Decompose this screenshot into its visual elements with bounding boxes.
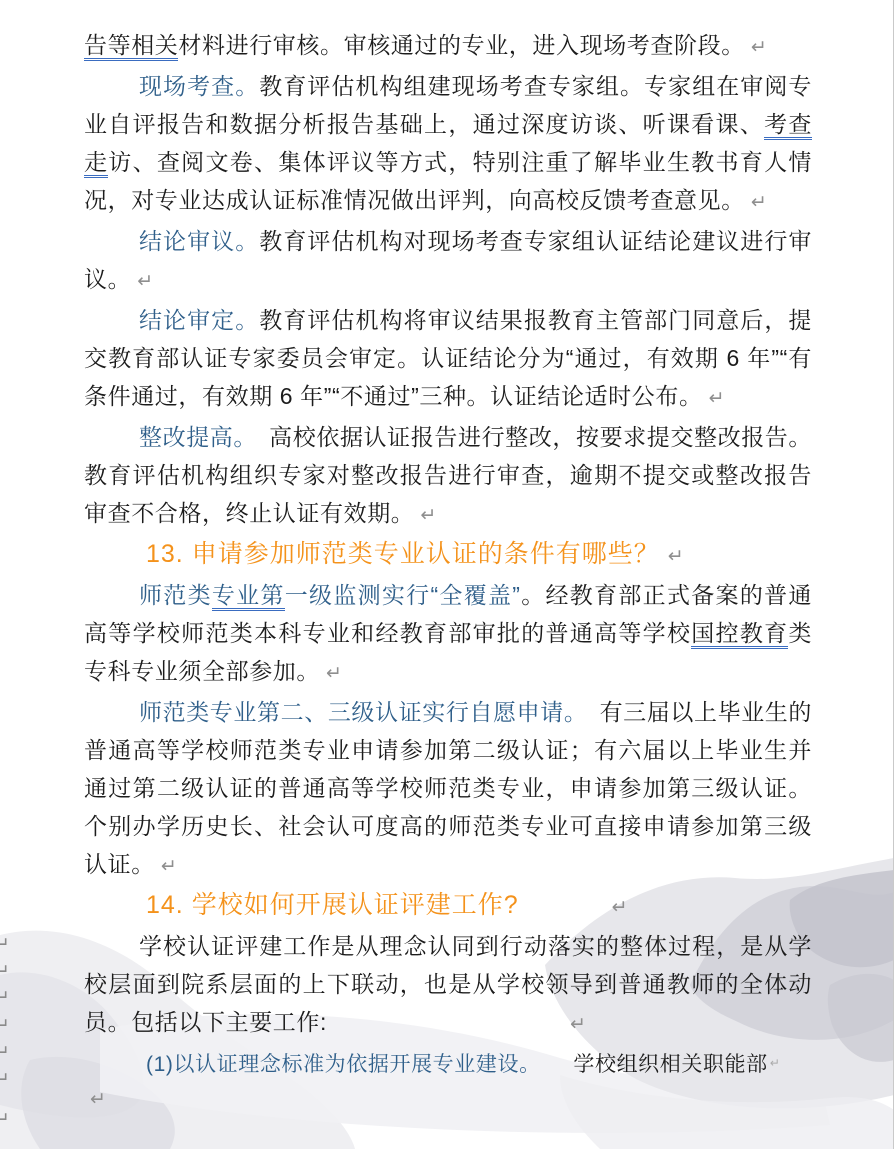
section-heading: 13. 申请参加师范类专业认证的条件有哪些？↵: [84, 535, 812, 576]
paragraph-mark-icon: ↵: [612, 897, 628, 918]
paragraph-mark-icon: ↵: [0, 1110, 10, 1129]
paragraph: 整改提高。 高校依据认证报告进行整改，按要求提交整改报告。教育评估机构组织专家对…: [84, 418, 812, 535]
paragraph: 告等相关材料进行审核。审核通过的专业，进入现场考查阶段。↵: [84, 26, 812, 67]
paragraph-mark-icon: ↵: [161, 856, 177, 877]
paragraph: 师范类专业第二、三级认证实行自愿申请。 有三届以上毕业生的普通高等学校师范类专业…: [84, 693, 812, 886]
paragraph-mark-icon: ↵: [0, 962, 10, 981]
text-run: (1)以认证理念标准为依据开展专业建设。: [146, 1053, 530, 1076]
text-run: 专业第: [212, 582, 285, 611]
text-run: 结论审议。: [139, 228, 259, 254]
text-run: 学校认证评建工作是从理念认同到行动落实的整体过程，是从学校层面到院系层面的上下联…: [84, 933, 812, 1035]
paragraph-mark-icon: ↵: [751, 37, 767, 58]
paragraph-mark-icon: ↵: [751, 192, 767, 213]
text-run: 整改提高。: [139, 424, 246, 450]
text-run: 材料进行审核。审核通过的专业，进入现场考查阶段。: [178, 32, 744, 58]
document-content: 告等相关材料进行审核。审核通过的专业，进入现场考查阶段。↵ 现场考查。教育评估机…: [84, 26, 812, 1110]
paragraph-mark-icon: ↵: [0, 988, 10, 1007]
text-run: 现场考查。: [139, 73, 259, 99]
paragraph-mark-icon: ↵: [0, 1016, 10, 1035]
paragraph: 结论审定。教育评估机构将审议结果报教育主管部门同意后，提交教育部认证专家委员会审…: [84, 301, 812, 418]
paragraph: 师范类专业第一级监测实行“全覆盖”。经教育部正式备案的普通高等学校师范类本科专业…: [84, 576, 812, 693]
paragraph: ↵: [84, 1084, 812, 1110]
paragraph-mark-icon: ↵: [137, 271, 153, 292]
paragraph-mark-icon: ↵: [709, 388, 725, 409]
text-run: 结论审定。: [139, 307, 259, 333]
paragraph-mark-icon: ↵: [0, 1043, 10, 1062]
paragraph: 学校认证评建工作是从理念认同到行动落实的整体过程，是从学校层面到院系层面的上下联…: [84, 927, 812, 1044]
paragraph-mark-icon: ↵: [0, 1070, 10, 1089]
paragraph: 结论审议。教育评估机构对现场考查专家组认证结论建议进行审议。↵: [84, 222, 812, 301]
text-run: 13. 申请参加师范类专业认证的条件有哪些？: [146, 540, 660, 568]
text-run: 国控教育: [691, 620, 788, 649]
paragraph-mark-icon: ↵: [420, 505, 436, 526]
text-run: 告等相关: [84, 32, 178, 61]
text-run: 访、查阅文卷、集体评议等方式，特别注重了解毕业生教书育人情况，对专业达成认证标准…: [84, 149, 812, 213]
paragraph-mark-icon: ↵: [90, 1089, 106, 1110]
text-run: 有三届以上毕业生的普通高等学校师范类专业申请参加第二级认证；有六届以上毕业生并通…: [84, 699, 812, 877]
line-break-icon: ↵: [770, 1056, 780, 1070]
text-run: 师范类专业第二、三级认证实行自愿申请。: [139, 699, 576, 725]
paragraph-mark-icon: ↵: [570, 1014, 586, 1035]
paragraph-mark-icon: ↵: [0, 935, 10, 954]
paragraph-mark-icon: ↵: [326, 663, 342, 684]
document-page: ↵↵↵↵↵↵↵ 告等相关材料进行审核。审核通过的专业，进入现场考查阶段。↵ 现场…: [0, 0, 894, 1149]
text-run: 一级监测实行“全覆盖”: [285, 582, 521, 608]
text-run: 14. 学校如何开展认证评建工作?: [146, 891, 519, 919]
text-run: 学校组织相关职能部: [530, 1053, 768, 1076]
text-run: 师范类: [139, 582, 212, 608]
paragraph: 现场考查。教育评估机构组建现场考查专家组。专家组在审阅专业自评报告和数据分析报告…: [84, 67, 812, 222]
paragraph-mark-icon: ↵: [668, 546, 684, 567]
paragraph: (1)以认证理念标准为依据开展专业建设。 学校组织相关职能部↵: [84, 1044, 812, 1084]
section-heading: 14. 学校如何开展认证评建工作?↵: [84, 886, 812, 927]
